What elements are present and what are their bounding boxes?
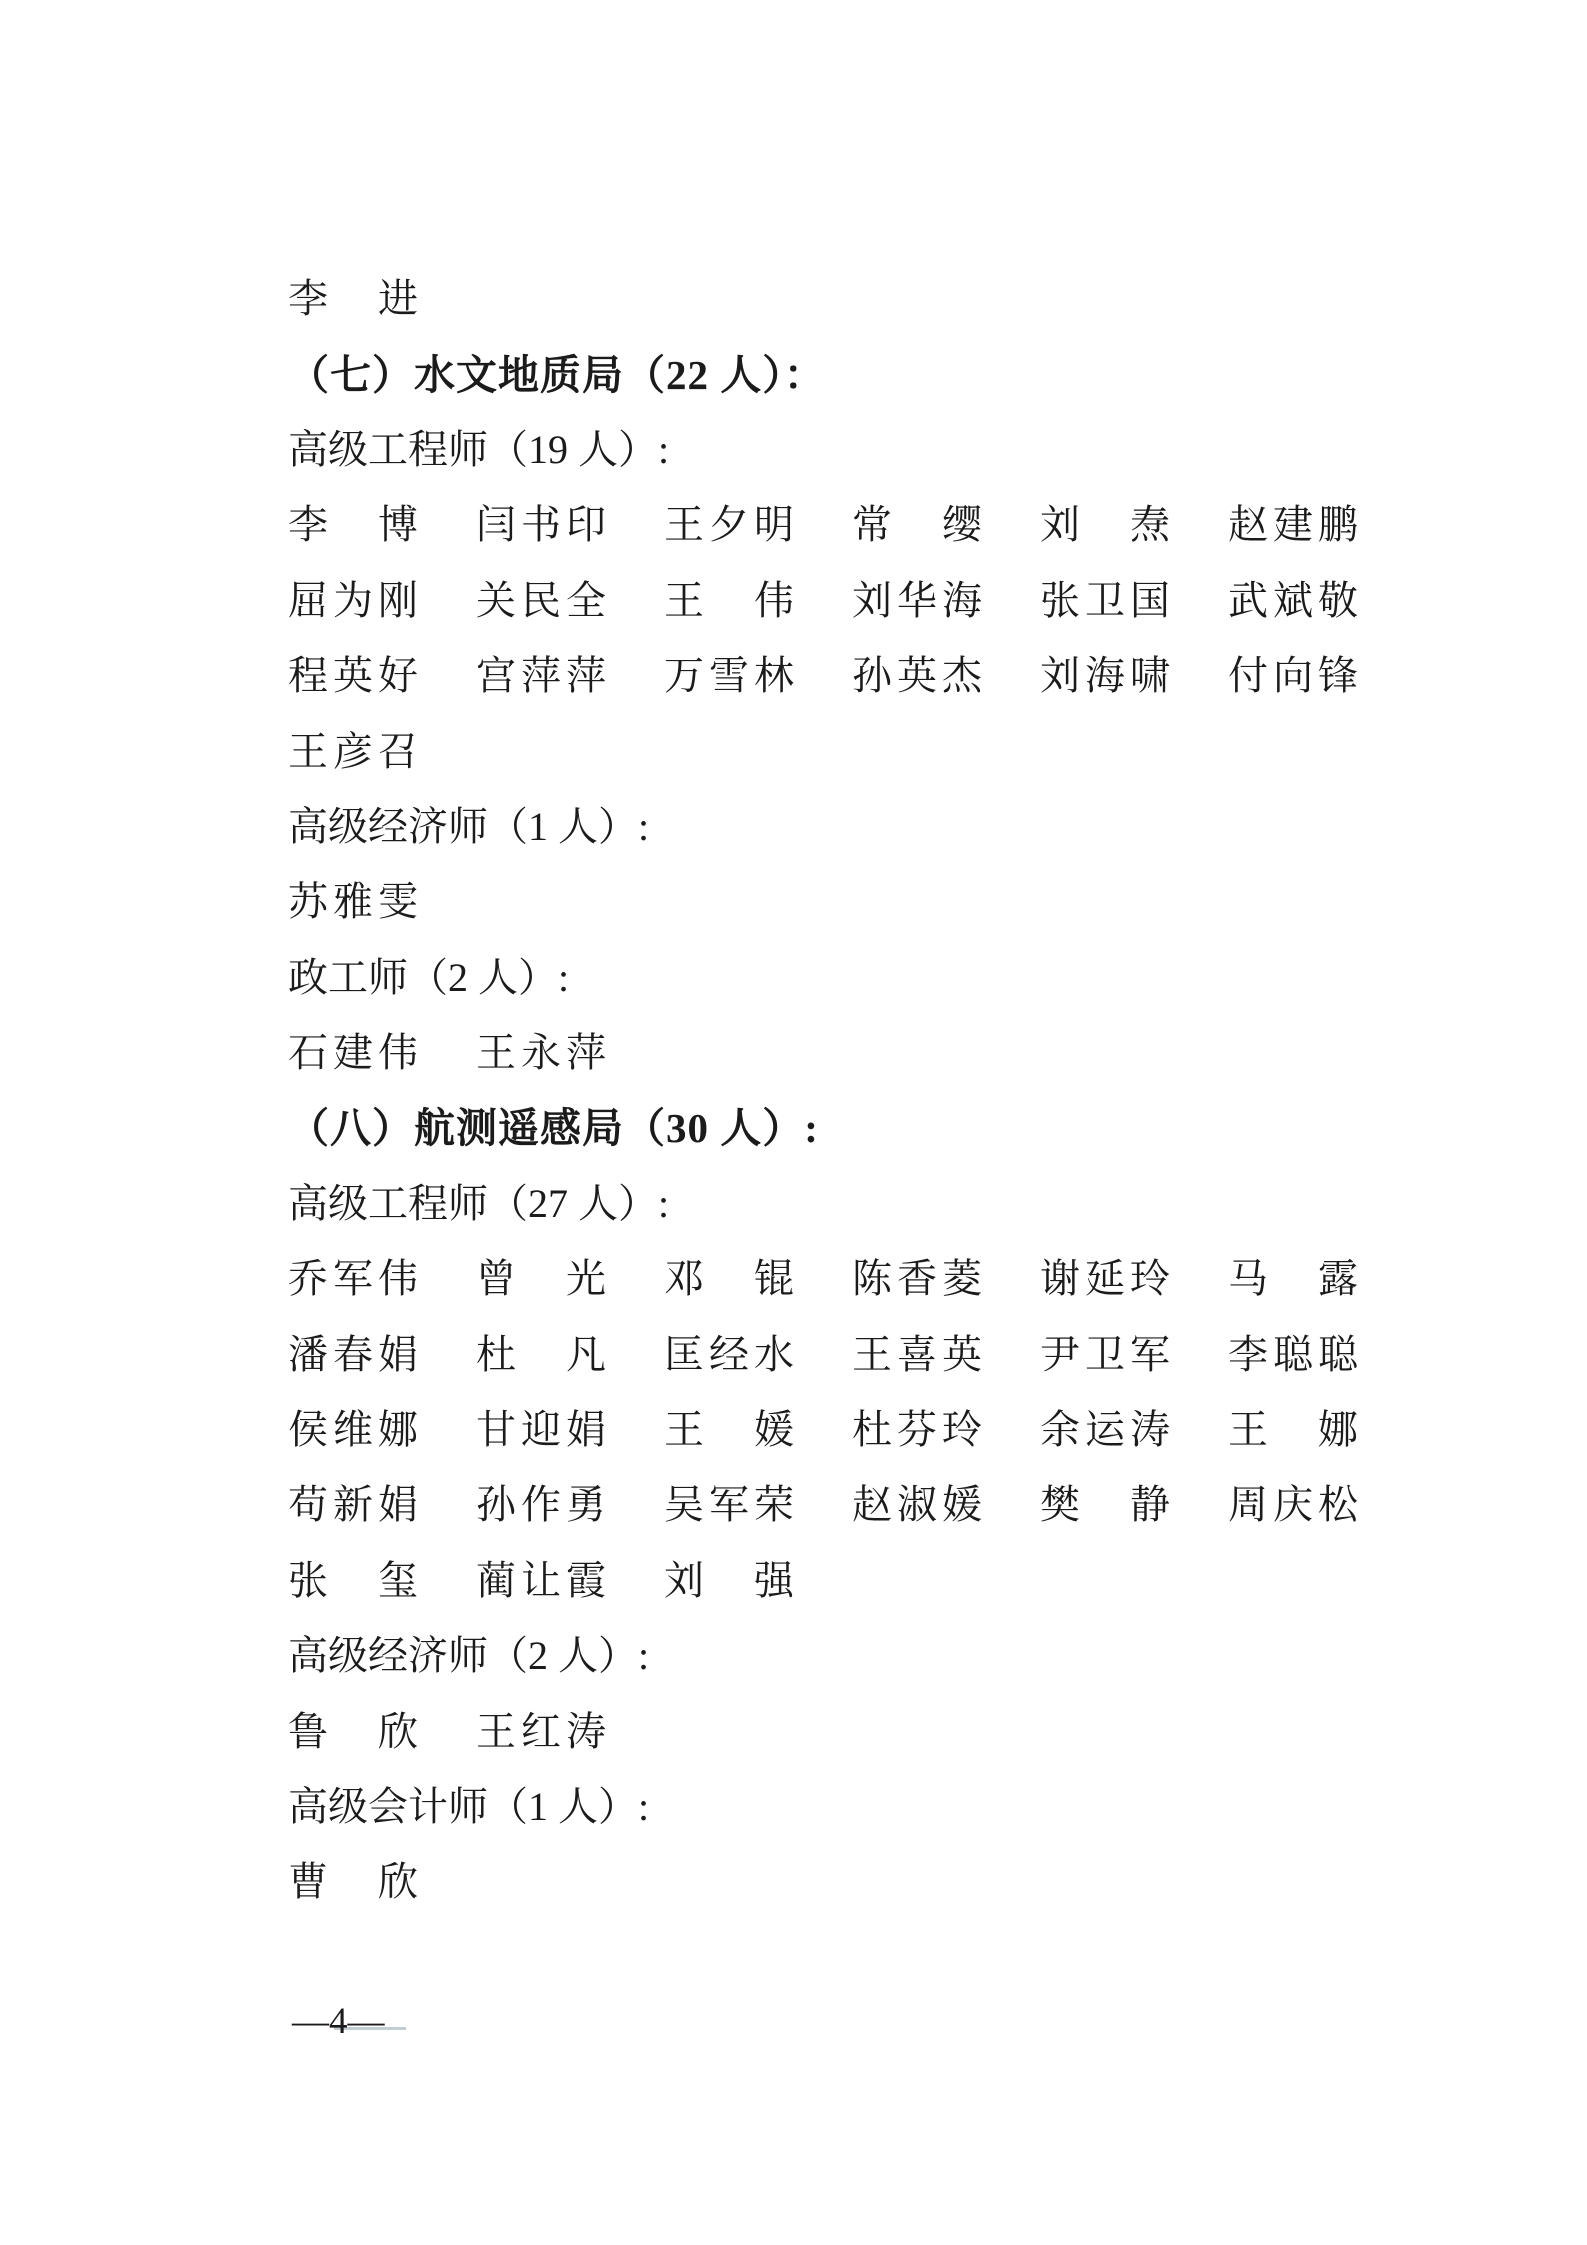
person-name: 李 博	[288, 493, 418, 550]
names-row: 李 博闫书印王夕明常 缨刘 焘赵建鹏	[288, 484, 1468, 559]
names-row: 潘春娟杜 凡匡经水王喜英尹卫军李聪聪	[288, 1313, 1468, 1388]
person-name: 刘海啸	[1040, 644, 1170, 701]
person-name: 王夕明	[664, 493, 794, 550]
person-name: 王 娜	[1228, 1398, 1358, 1455]
names-row: 王彦召	[288, 710, 1468, 785]
person-name: 杜芬玲	[852, 1398, 982, 1455]
person-name: 潘春娟	[288, 1323, 418, 1380]
names-row: 鲁 欣王红涛	[288, 1690, 1468, 1765]
person-name: 程英好	[288, 644, 418, 701]
person-name: 陈香菱	[852, 1247, 982, 1304]
person-name: 乔军伟	[288, 1247, 418, 1304]
person-name: 曾 光	[476, 1247, 606, 1304]
person-name: 刘华海	[852, 569, 982, 626]
person-name: 周庆松	[1228, 1473, 1358, 1530]
group-title: 高级工程师（19 人）:	[288, 409, 1468, 484]
person-name: 武斌敬	[1228, 569, 1358, 626]
person-name: 樊 静	[1040, 1473, 1170, 1530]
page-number: —4—	[292, 2001, 385, 2042]
person-name: 杜 凡	[476, 1323, 606, 1380]
person-name: 张 玺	[288, 1549, 418, 1606]
section-heading: （七）水文地质局（22 人）：	[288, 333, 1468, 408]
document-content: 李 进（七）水文地质局（22 人）：高级工程师（19 人）:李 博闫书印王夕明常…	[288, 258, 1468, 1917]
group-title: 高级经济师（2 人）:	[288, 1615, 1468, 1690]
person-name: 李聪聪	[1228, 1323, 1358, 1380]
person-name: 王红涛	[476, 1700, 606, 1757]
person-name: 李 进	[288, 267, 418, 324]
names-row: 程英好宫萍萍万雪林孙英杰刘海啸付向锋	[288, 635, 1468, 710]
person-name: 宫萍萍	[476, 644, 606, 701]
person-name: 王喜英	[852, 1323, 982, 1380]
page-footer: —4—	[292, 2000, 402, 2050]
person-name: 邓 锟	[664, 1247, 794, 1304]
person-name: 张卫国	[1040, 569, 1170, 626]
person-name: 苟新娟	[288, 1473, 418, 1530]
section-heading: （八）航测遥感局（30 人）:	[288, 1087, 1468, 1162]
person-name: 石建伟	[288, 1021, 418, 1078]
names-row: 乔军伟曾 光邓 锟陈香菱谢延玲马 露	[288, 1238, 1468, 1313]
person-name: 常 缨	[852, 493, 982, 550]
person-name: 谢延玲	[1040, 1247, 1170, 1304]
person-name: 王 伟	[664, 569, 794, 626]
person-name: 孙英杰	[852, 644, 982, 701]
person-name: 蔺让霞	[476, 1549, 606, 1606]
group-title: 高级经济师（1 人）:	[288, 786, 1468, 861]
person-name: 苏雅雯	[288, 870, 418, 927]
person-name: 吴军荣	[664, 1473, 794, 1530]
person-name: 余运涛	[1040, 1398, 1170, 1455]
person-name: 孙作勇	[476, 1473, 606, 1530]
group-title: 高级会计师（1 人）:	[288, 1766, 1468, 1841]
group-title: 高级工程师（27 人）:	[288, 1163, 1468, 1238]
person-name: 闫书印	[476, 493, 606, 550]
person-name: 尹卫军	[1040, 1323, 1170, 1380]
names-row: 石建伟王永萍	[288, 1012, 1468, 1087]
person-name: 匡经水	[664, 1323, 794, 1380]
person-name: 王 媛	[664, 1398, 794, 1455]
names-row: 张 玺蔺让霞刘 强	[288, 1540, 1468, 1615]
names-row: 屈为刚关民全王 伟刘华海张卫国武斌敬	[288, 560, 1468, 635]
person-name: 刘 焘	[1040, 493, 1170, 550]
person-name: 马 露	[1228, 1247, 1358, 1304]
person-name: 甘迎娟	[476, 1398, 606, 1455]
group-title: 政工师（2 人）:	[288, 937, 1468, 1012]
person-name: 万雪林	[664, 644, 794, 701]
names-row: 曹 欣	[288, 1841, 1468, 1916]
person-name: 曹 欣	[288, 1850, 418, 1907]
document-page: 李 进（七）水文地质局（22 人）：高级工程师（19 人）:李 博闫书印王夕明常…	[0, 0, 1587, 2245]
person-name: 刘 强	[664, 1549, 794, 1606]
person-name: 付向锋	[1228, 644, 1358, 701]
names-row: 侯维娜甘迎娟王 媛杜芬玲余运涛王 娜	[288, 1389, 1468, 1464]
person-name: 王彦召	[288, 720, 418, 777]
names-row: 苟新娟孙作勇吴军荣赵淑媛樊 静周庆松	[288, 1464, 1468, 1539]
person-name: 王永萍	[476, 1021, 606, 1078]
continued-names-row: 李 进	[288, 258, 1468, 333]
names-row: 苏雅雯	[288, 861, 1468, 936]
person-name: 屈为刚	[288, 569, 418, 626]
person-name: 侯维娜	[288, 1398, 418, 1455]
person-name: 鲁 欣	[288, 1700, 418, 1757]
person-name: 赵建鹏	[1228, 493, 1358, 550]
person-name: 赵淑媛	[852, 1473, 982, 1530]
person-name: 关民全	[476, 569, 606, 626]
